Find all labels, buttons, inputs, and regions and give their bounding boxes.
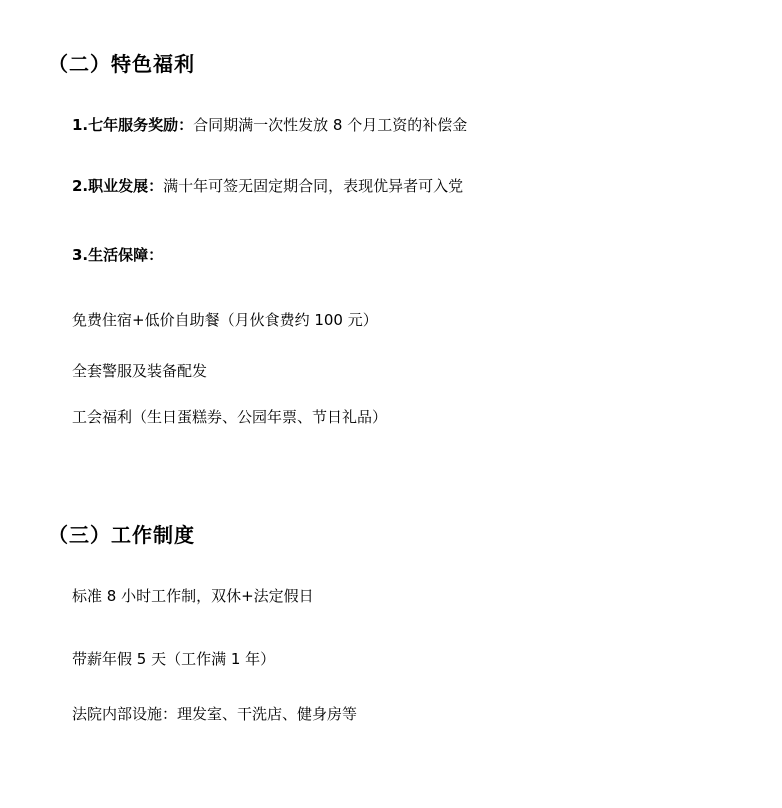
section-heading-work-system: （三）工作制度 (48, 525, 195, 545)
work-item-annual-leave: 带薪年假 5 天（工作满 1 年） (72, 652, 275, 667)
living-subitem-uniform: 全套警服及装备配发 (72, 364, 207, 379)
benefit-text: 满十年可签无固定期合同，表现优异者可入党 (163, 177, 463, 195)
label-separator: ： (148, 246, 163, 264)
benefit-item-seven-year-reward: 1.七年服务奖励：合同期满一次性发放 8 个月工资的补偿金 (72, 118, 467, 133)
benefit-label: 1.七年服务奖励 (72, 116, 178, 134)
work-item-facilities: 法院内部设施：理发室、干洗店、健身房等 (72, 707, 357, 722)
benefit-item-living-security: 3.生活保障： (72, 248, 163, 263)
benefit-label: 2.职业发展 (72, 177, 148, 195)
label-separator: ： (148, 177, 163, 195)
work-item-hours: 标准 8 小时工作制，双休+法定假日 (72, 589, 314, 604)
benefit-item-career-development: 2.职业发展：满十年可签无固定期合同，表现优异者可入党 (72, 179, 463, 194)
benefit-label: 3.生活保障 (72, 246, 148, 264)
living-subitem-union-welfare: 工会福利（生日蛋糕券、公园年票、节日礼品） (72, 410, 387, 425)
living-subitem-housing-meals: 免费住宿+低价自助餐（月伙食费约 100 元） (72, 313, 378, 328)
label-separator: ： (178, 116, 193, 134)
benefit-text: 合同期满一次性发放 8 个月工资的补偿金 (193, 116, 467, 134)
section-heading-special-benefits: （二）特色福利 (48, 54, 195, 74)
